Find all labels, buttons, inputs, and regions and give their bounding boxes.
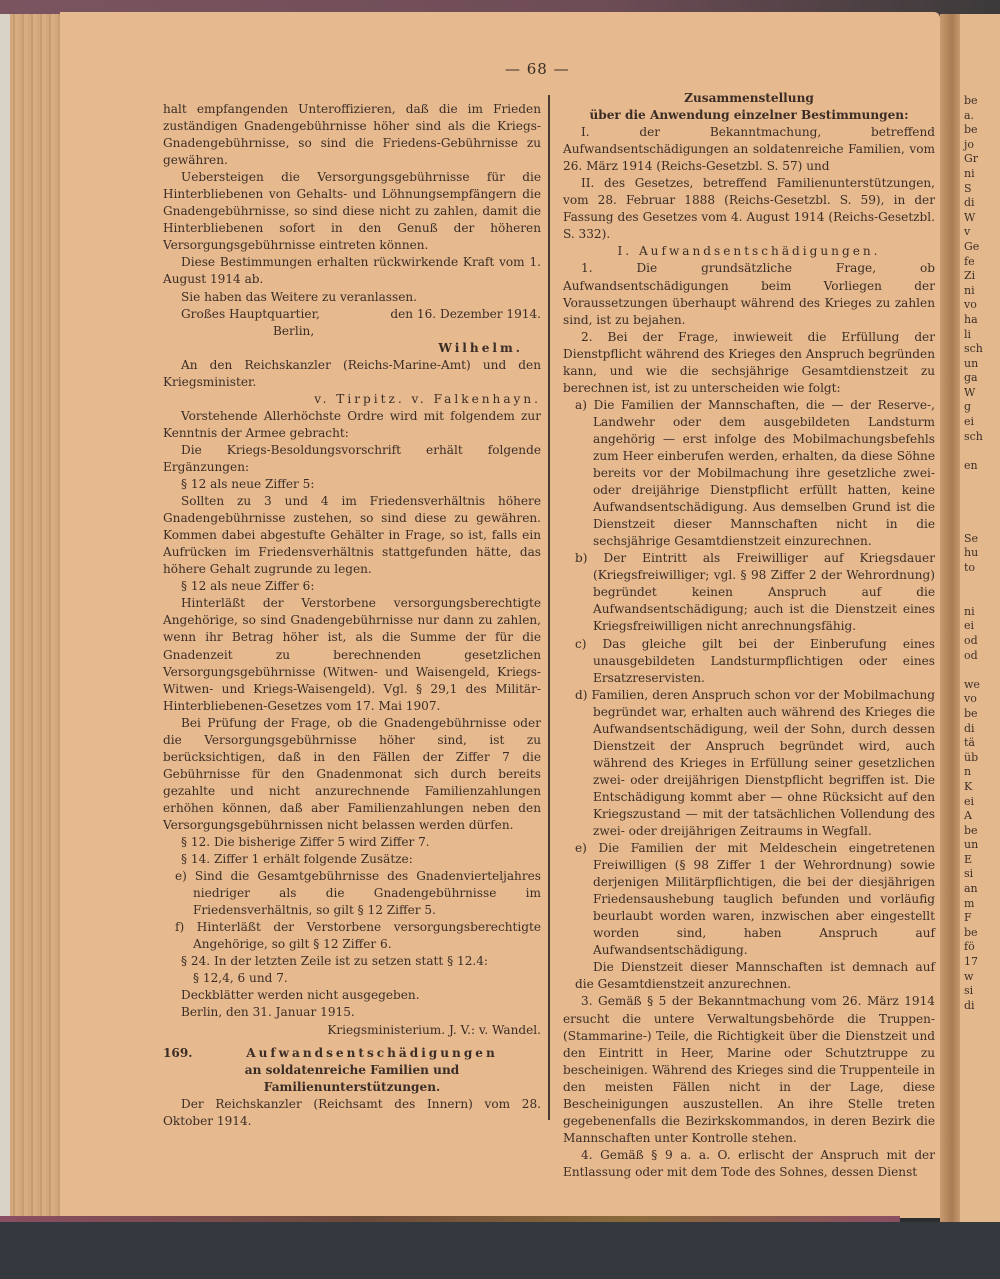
date: den 16. Dezember 1914. [390, 306, 541, 323]
list-item: f) Hinterläßt der Verstorbene versorgung… [163, 919, 541, 953]
city: Berlin, [163, 323, 541, 340]
paragraph: § 14. Ziffer 1 erhält folgende Zusätze: [163, 851, 541, 868]
book-cover-bottom [0, 1222, 1000, 1279]
section-header: 169. Aufwandsentschädigungen [163, 1045, 541, 1062]
paragraph: Die Kriegs-Besoldungsvorschrift erhält f… [163, 442, 541, 476]
heading: über die Anwendung einzelner Bestimmunge… [563, 107, 935, 124]
subheading: I. Aufwandsentschädigungen. [563, 243, 935, 260]
list-item: d) Familien, deren Anspruch schon vor de… [563, 687, 935, 840]
paragraph: § 24. In der letzten Zeile ist zu setzen… [163, 953, 541, 970]
paragraph: Bei Prüfung der Frage, ob die Gnadengebü… [163, 715, 541, 834]
paragraph: 3. Gemäß § 5 der Bekanntmachung vom 26. … [563, 993, 935, 1146]
signature-emperor: Wilhelm. [163, 340, 541, 357]
paragraph: § 12,4, 6 und 7. [163, 970, 541, 987]
section-subtitle: an soldatenreiche Familien und Familienu… [163, 1062, 541, 1096]
paragraph: I. der Bekanntmachung, betreffend Aufwan… [563, 124, 935, 175]
section-heading: § 12 als neue Ziffer 6: [163, 578, 541, 595]
next-page-text-fragment: be a. be jo Gr ni S di W v Ge fe Zi ni v… [960, 14, 1000, 1013]
section-heading: § 12 als neue Ziffer 5: [163, 476, 541, 493]
place-date: Großes Hauptquartier, den 16. Dezember 1… [163, 306, 541, 323]
list-item: c) Das gleiche gilt bei der Einberufung … [563, 636, 935, 687]
ministry-signature: Kriegsministerium. J. V.: v. Wandel. [163, 1022, 541, 1039]
paragraph: 2. Bei der Frage, inwieweit die Erfüllun… [563, 329, 935, 397]
list-item: e) Sind die Gesamtgebührnisse des Gnaden… [163, 868, 541, 919]
section-title: Aufwandsentschädigungen [203, 1045, 541, 1062]
list-item: a) Die Familien der Mannschaften, die — … [563, 397, 935, 550]
next-page-edge: be a. be jo Gr ni S di W v Ge fe Zi ni v… [960, 14, 1000, 1224]
paragraph: Deckblätter werden nicht ausgegeben. [163, 987, 541, 1004]
section-number: 169. [163, 1045, 203, 1062]
paragraph: § 12. Die bisherige Ziffer 5 wird Ziffer… [163, 834, 541, 851]
paragraph: Der Reichskanzler (Reichsamt des Innern)… [163, 1096, 541, 1130]
paragraph: Sie haben das Weitere zu veranlassen. [163, 289, 541, 306]
paragraph: II. des Gesetzes, betreffend Familienunt… [563, 175, 935, 243]
addressee: An den Reichskanzler (Reichs-Marine-Amt)… [163, 357, 541, 391]
right-column: Zusammenstellung über die Anwendung einz… [563, 90, 935, 1181]
paragraph: Vorstehende Allerhöchste Ordre wird mit … [163, 408, 541, 442]
column-divider [548, 95, 550, 1120]
scanner-edge [0, 14, 10, 1224]
place: Großes Hauptquartier, [181, 306, 320, 323]
left-column: halt empfangenden Unteroffizieren, daß d… [163, 101, 541, 1130]
list-item: b) Der Eintritt als Freiwilliger auf Kri… [563, 550, 935, 635]
paragraph: 4. Gemäß § 9 a. a. O. erlischt der Anspr… [563, 1147, 935, 1181]
paragraph: Hinterläßt der Verstorbene versorgungsbe… [163, 595, 541, 714]
page-stack-edge [10, 14, 62, 1222]
countersignature: v. Tirpitz. v. Falkenhayn. [163, 391, 541, 408]
paragraph: Uebersteigen die Versorgungsgebührnisse … [163, 169, 541, 254]
paragraph: Sollten zu 3 und 4 im Friedensverhältnis… [163, 493, 541, 578]
heading: Zusammenstellung [563, 90, 935, 107]
date-line: Berlin, den 31. Januar 1915. [163, 1004, 541, 1021]
page-number: — 68 — [505, 60, 570, 78]
paragraph: Die Dienstzeit dieser Mannschaften ist d… [563, 959, 935, 993]
paragraph: halt empfangenden Unteroffizieren, daß d… [163, 101, 541, 169]
paragraph: Diese Bestimmungen erhalten rückwirkende… [163, 254, 541, 288]
book-gutter [940, 14, 960, 1224]
paragraph: 1. Die grundsätzliche Frage, ob Aufwands… [563, 260, 935, 328]
list-item: e) Die Familien der mit Meldeschein eing… [563, 840, 935, 959]
